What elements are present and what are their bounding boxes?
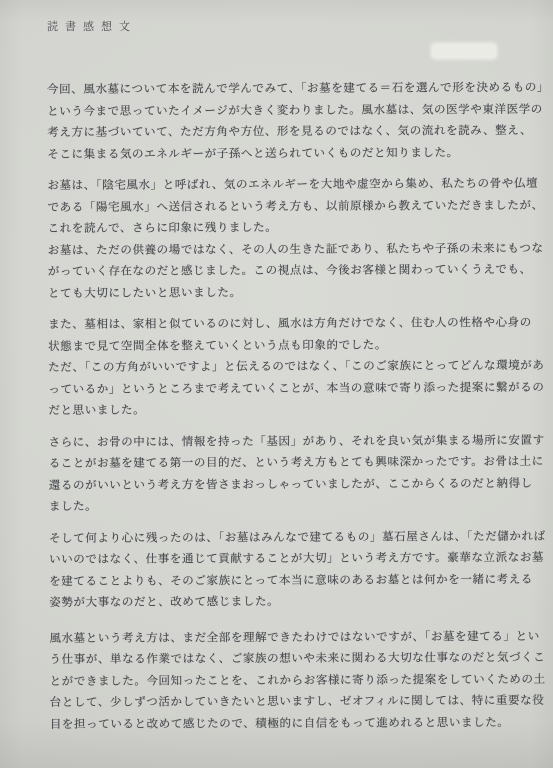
text-line: 台として、少しずつ活かしていきたいと思いますし、ゼオフィルに関しては、特に重要な…: [50, 690, 520, 714]
text-line: いいのではなく、仕事を通じて貢献することが大切」という考え方です。豪華な立派なお…: [49, 547, 519, 571]
text-line: という今まで思っていたイメージが大きく変わりました。風水墓は、気の医学や東洋医学…: [47, 98, 517, 122]
text-line: とができました。今回知ったことを、これからお客様に寄り添った提案をしていくための…: [50, 668, 520, 692]
text-line: 風水墓という考え方は、まだ全部を理解できたわけではないですが、「お墓を建てる」と…: [49, 625, 519, 649]
text-line: 考え方に基づいていて、ただ方角や方位、形を見るのではなく、気の流れを読み、整え、: [47, 120, 517, 144]
text-line: を建てることよりも、そのご家族にとって本当に意味のあるお墓とは何かを一緒に考える: [49, 568, 519, 592]
text-line: そこに集まる気のエネルギーが子孫へと送られていくものだと知りました。: [47, 141, 517, 165]
text-line: がっていく存在なのだと感じました。この視点は、今後お客様と関わっていくうえでも、: [48, 259, 518, 283]
text-line: 還るのがいいという考え方を皆さまおっしゃっていましたが、ここからくるのだと納得し: [49, 472, 519, 496]
text-line: これを読んで、さらに印象に残りました。: [48, 216, 518, 240]
text-line: ただ、「この方角がいいですよ」と伝えるのではなく、「このご家族にとってどんな環境…: [48, 355, 518, 379]
paragraph: また、墓相は、家相と似ているのに対し、風水は方角だけでなく、住む人の性格や心身の…: [48, 312, 518, 422]
redaction-box: [432, 44, 496, 58]
paragraph: そして何より心に残ったのは、「お墓はみんなで建てるもの」墓石屋さんは、「ただ儲か…: [49, 525, 519, 613]
text-line: さらに、お骨の中には、情報を持った「基因」があり、それを良い気が集まる場所に安置…: [49, 429, 519, 453]
paragraph: 風水墓という考え方は、まだ全部を理解できたわけではないですが、「お墓を建てる」と…: [49, 625, 519, 735]
text-line: とても大切にしたいと思いました。: [48, 280, 518, 304]
text-line: ることがお墓を建てる第一の目的だ、という考え方もとても興味深かったです。お骨は土…: [49, 451, 519, 475]
text-line: 姿勢が大事なのだと、改めて感じました。: [49, 590, 519, 614]
document-body: 今回、風水墓について本を読んで学んでみて、「お墓を建てる＝石を選んで形を決めるも…: [47, 77, 520, 745]
text-line: っているか」というところまで考えていくことが、本当の意味で寄り添った提案に繋がる…: [48, 376, 518, 400]
paragraph: 今回、風水墓について本を読んで学んでみて、「お墓を建てる＝石を選んで形を決めるも…: [47, 77, 517, 165]
text-line: である「陽宅風水」へ送信されるという考え方も、以前原様から教えていただきましたが…: [48, 194, 518, 218]
paragraph: お墓は、「陰宅風水」と呼ばれ、気のエネルギーを大地や虚空から集め、私たちの骨や仏…: [47, 173, 518, 304]
text-line: また、墓相は、家相と似ているのに対し、風水は方角だけでなく、住む人の性格や心身の: [48, 312, 518, 336]
text-line: お墓は、「陰宅風水」と呼ばれ、気のエネルギーを大地や虚空から集め、私たちの骨や仏…: [47, 173, 517, 197]
paper-photo: 読書感想文 今回、風水墓について本を読んで学んでみて、「お墓を建てる＝石を選んで…: [0, 0, 553, 768]
text-line: 今回、風水墓について本を読んで学んでみて、「お墓を建てる＝石を選んで形を決めるも…: [47, 77, 517, 101]
text-line: そして何より心に残ったのは、「お墓はみんなで建てるもの」墓石屋さんは、「ただ儲か…: [49, 525, 519, 549]
text-line: だと思いました。: [48, 398, 518, 422]
text-line: お墓は、ただの供養の場ではなく、その人の生きた証であり、私たちや子孫の未来にもつ…: [48, 237, 518, 261]
text-line: 目を担っていると改めて感じたので、積極的に自信をもって進めれると思いました。: [50, 711, 520, 735]
document-title: 読書感想文: [47, 18, 137, 34]
text-line: う仕事が、単なる作業ではなく、ご家族の想いや未来に関わる大切な仕事なのだと気づく…: [49, 647, 519, 671]
text-line: 状態まで見て空間全体を整えていくという点も印象的でした。: [48, 333, 518, 357]
paragraph: さらに、お骨の中には、情報を持った「基因」があり、それを良い気が集まる場所に安置…: [49, 429, 519, 517]
text-line: ました。: [49, 494, 519, 518]
